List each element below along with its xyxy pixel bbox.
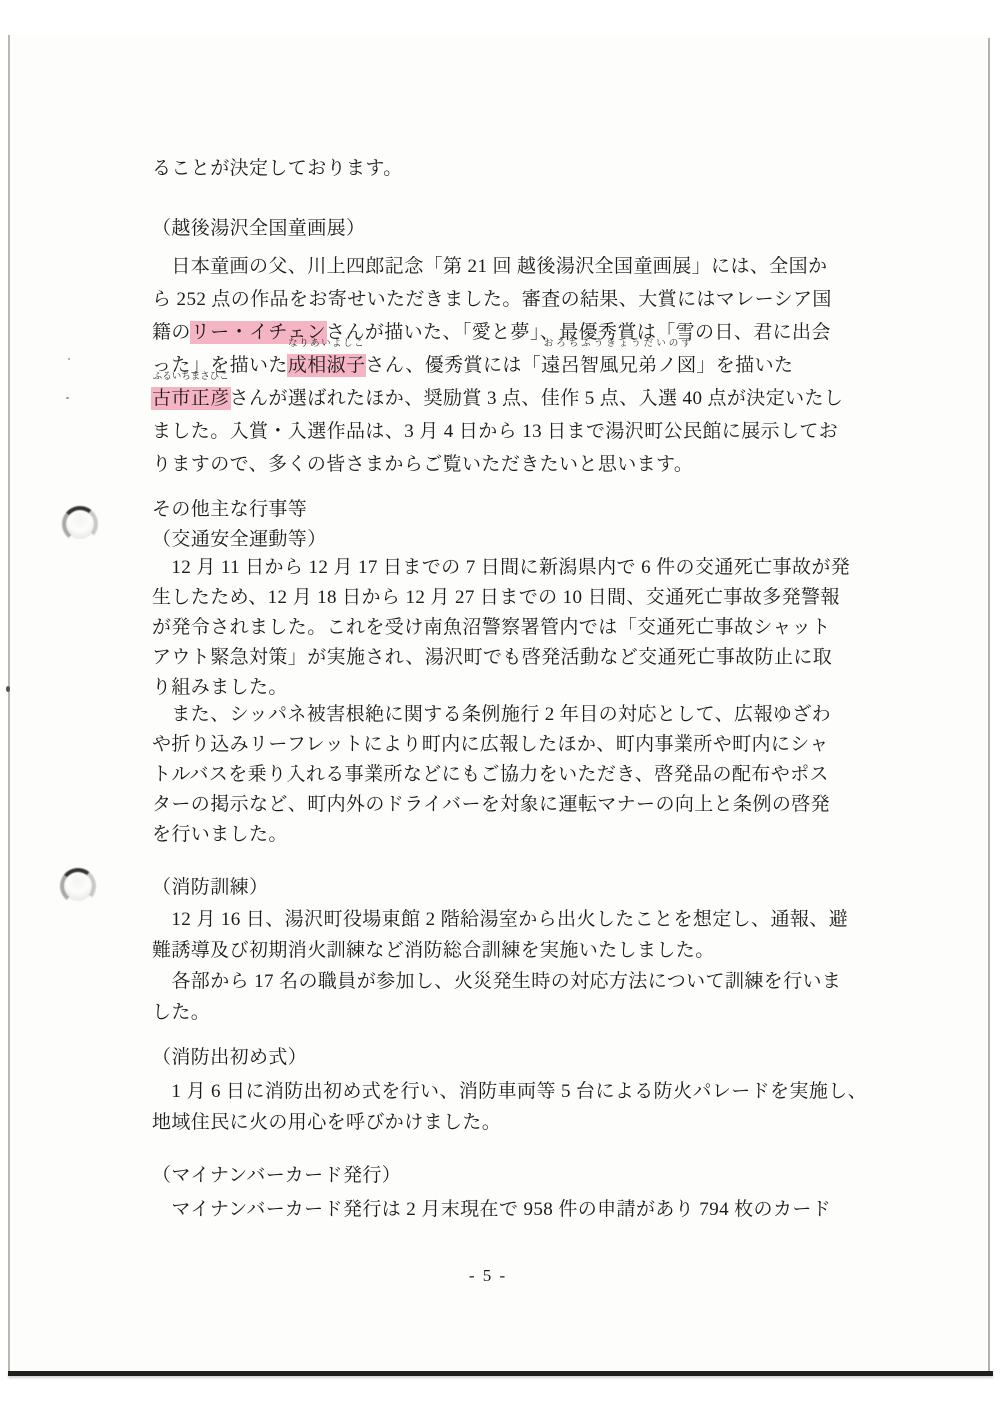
section-heading: （越後湯沢全国童画展） <box>152 212 868 245</box>
text-segment: さん、優秀賞には「 <box>365 355 541 376</box>
text-line: が発令されました。これを受け南魚沼警察署管内では「交通死亡事故シャット <box>152 613 868 643</box>
punch-hole-shadow <box>58 866 98 906</box>
fire-drill-heading-block: （消防訓練） <box>152 872 868 903</box>
punch-hole-top <box>60 504 100 544</box>
text-line: 日本童画の父、川上四郎記念「第 21 回 越後湯沢全国童画展」には、全国か <box>152 250 868 283</box>
section-heading: （マイナンバーカード発行） <box>152 1160 868 1191</box>
traffic-safety-paragraph-1: 12 月 11 日から 12 月 17 日までの 7 日間に新潟県内で 6 件の… <box>152 553 868 703</box>
page-edge-bottom <box>8 1371 993 1376</box>
text-line: ターの掲示など、町内外のドライバーを対象に運転マナーの向上と条例の啓発 <box>152 790 868 820</box>
text-line: 各部から 17 名の職員が参加し、火災発生時の対応方法について訓練を行いま <box>152 966 868 997</box>
text-line: りますので、多くの皆さまからご覧いただきたいと思います。 <box>152 448 868 481</box>
excellence-award-winner-name-ruby-group: ふるいちまさひこ古市正彦 <box>152 382 230 415</box>
text-line: や折り込みリーフレットにより町内に広報したほか、町内事業所や町内にシャ <box>152 730 868 760</box>
text-line: ふるいちまさひこ古市正彦さんが選ばれたほか、奨励賞 3 点、佳作 5 点、入選 … <box>152 382 868 415</box>
traffic-safety-paragraph-2: また、シッパネ被害根絶に関する条例施行 2 年目の対応として、広報ゆざわ や折り… <box>152 700 868 850</box>
dezome-heading-block: （消防出初め式） <box>152 1042 868 1073</box>
furigana: ふるいちまさひこ <box>153 373 229 383</box>
artwork-title-ruby-group: おろちふうきょうだいのず遠呂智風兄弟ノ図 <box>541 349 696 382</box>
text-line: また、シッパネ被害根絶に関する条例施行 2 年目の対応として、広報ゆざわ <box>152 700 868 730</box>
text-line: った」を描いたなりあいよしこ成相淑子さん、優秀賞には「おろちふうきょうだいのず遠… <box>152 349 868 382</box>
text-segment: さんが選ばれたほか、奨励賞 3 点、佳作 5 点、入選 40 点が決定いたし <box>230 388 844 409</box>
scan-speck <box>68 358 70 360</box>
text-line: トルバスを乗り入れる事業所などにもご協力をいただき、啓発品の配布やポス <box>152 760 868 790</box>
traffic-safety-heading-block: （交通安全運動等） <box>152 525 868 555</box>
top-award-winner-name-ruby-group: なりあいよしこ成相淑子 <box>288 349 366 382</box>
text-line: ることが決定しております。 <box>152 152 868 185</box>
page-edge-right <box>988 38 990 1373</box>
text-line: 12 月 16 日、湯沢町役場東館 2 階給湯室から出火したことを想定し、通報、… <box>152 904 868 935</box>
mynumber-heading-block: （マイナンバーカード発行） <box>152 1160 868 1191</box>
section-heading: （消防訓練） <box>152 872 868 903</box>
punch-hole-bottom <box>58 866 98 906</box>
text-line: ら 252 点の作品をお寄せいただきました。審査の結果、大賞にはマレーシア国 <box>152 283 868 316</box>
text-line: 籍のリー・イチェンさんが描いた、「愛と夢」、最優秀賞は「雪の日、君に出会 <box>152 316 868 349</box>
scan-speck <box>66 397 69 399</box>
text-line: アウト緊急対策」が実施され、湯沢町でも啓発活動など交通死亡事故防止に取 <box>152 643 868 673</box>
excellence-award-winner-name: 古市正彦 <box>152 388 230 409</box>
other-events-heading-block: その他主な行事等 <box>152 495 868 525</box>
furigana: おろちふうきょうだいのず <box>544 340 694 350</box>
doga-section-heading-block: （越後湯沢全国童画展） <box>152 212 868 245</box>
furigana: なりあいよしこ <box>288 340 365 350</box>
text-line: 12 月 11 日から 12 月 17 日までの 7 日間に新潟県内で 6 件の… <box>152 553 868 583</box>
text-line: 地域住民に火の用心を呼びかけました。 <box>152 1107 868 1138</box>
mynumber-body: マイナンバーカード発行は 2 月末現在で 958 件の申請があり 794 枚のカ… <box>152 1194 868 1225</box>
text-segment: 籍の <box>152 322 191 343</box>
text-line: を行いました。 <box>152 820 868 850</box>
fire-drill-body: 12 月 16 日、湯沢町役場東館 2 階給湯室から出火したことを想定し、通報、… <box>152 904 868 1028</box>
section-heading: その他主な行事等 <box>152 495 868 525</box>
text-line: り組みました。 <box>152 673 868 703</box>
page-number: - 5 - <box>152 1259 824 1292</box>
section-heading: （消防出初め式） <box>152 1042 868 1073</box>
text-line: 難誘導及び初期消火訓練など消防総合訓練を実施いたしました。 <box>152 935 868 966</box>
intro-paragraph: ることが決定しております。 <box>152 152 868 185</box>
scan-speck <box>6 686 10 692</box>
punch-hole-shadow <box>60 504 100 544</box>
text-line: 1 月 6 日に消防出初め式を行い、消防車両等 5 台による防火パレードを実施し… <box>152 1076 868 1107</box>
text-line: ました。入賞・入選作品は、3 月 4 日から 13 日まで湯沢町公民館に展示して… <box>152 415 868 448</box>
text-segment: 」を描いた <box>696 355 793 376</box>
text-line: マイナンバーカード発行は 2 月末現在で 958 件の申請があり 794 枚のカ… <box>152 1194 868 1225</box>
doga-section-body: 日本童画の父、川上四郎記念「第 21 回 越後湯沢全国童画展」には、全国か ら … <box>152 250 868 481</box>
dezome-body: 1 月 6 日に消防出初め式を行い、消防車両等 5 台による防火パレードを実施し… <box>152 1076 868 1138</box>
text-line: 生したため、12 月 18 日から 12 月 27 日までの 10 日間、交通死… <box>152 583 868 613</box>
artwork-title: 遠呂智風兄弟ノ図 <box>541 355 696 376</box>
section-heading: （交通安全運動等） <box>152 525 868 555</box>
page-edge-left <box>8 35 10 1373</box>
top-award-winner-name: 成相淑子 <box>288 355 366 376</box>
text-line: した。 <box>152 997 868 1028</box>
